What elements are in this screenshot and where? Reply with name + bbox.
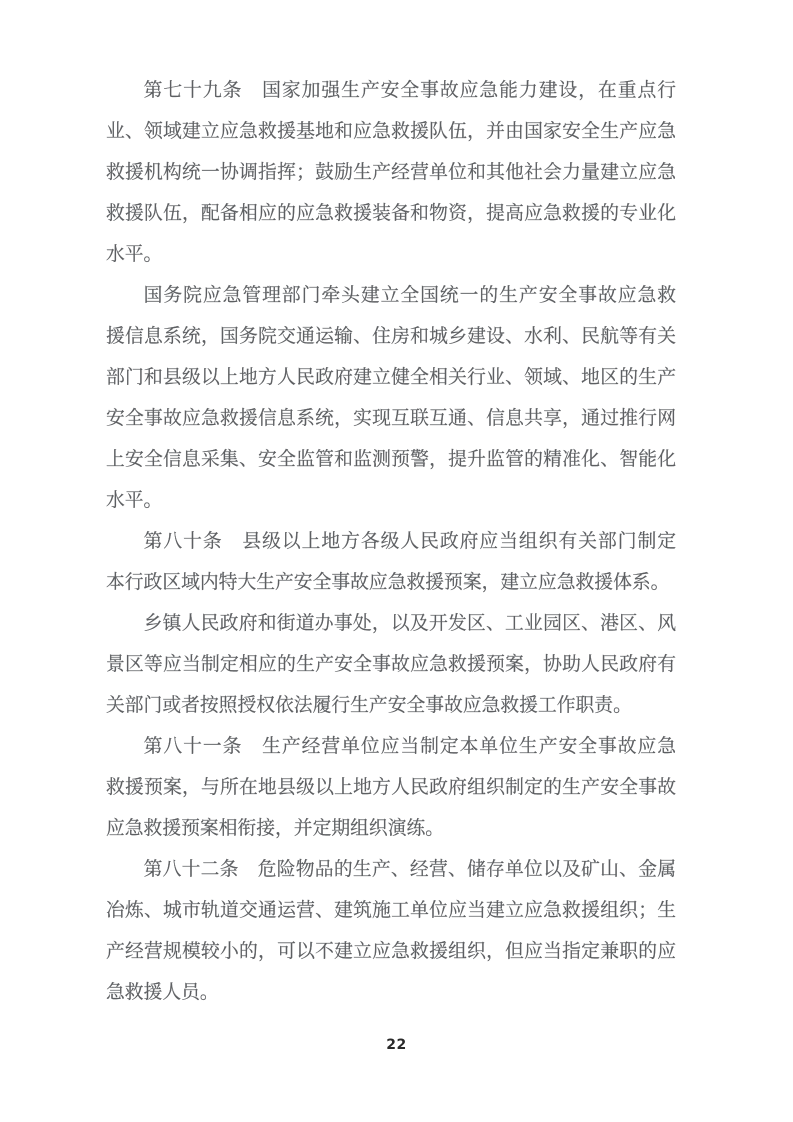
article-79-clause-1: 第七十九条 国家加强生产安全事故应急能力建设，在重点行业、领域建立应急救援基地和… <box>106 70 676 275</box>
document-page: 第七十九条 国家加强生产安全事故应急能力建设，在重点行业、领域建立应急救援基地和… <box>0 0 793 1122</box>
text-line: 第七十九条 国家加强生产安全事故应急能力建设，在重点行 <box>106 70 676 111</box>
text-line: 救援机构统一协调指挥；鼓励生产经营单位和其他社会力量建立应急 <box>106 152 676 193</box>
text-line: 第八十条 县级以上地方各级人民政府应当组织有关部门制定 <box>106 521 676 562</box>
text-line: 水平。 <box>106 480 676 521</box>
pdf-page-view: { "page": { "background": "#ffffff", "te… <box>0 0 793 1122</box>
text-line: 产经营规模较小的，可以不建立应急救援组织，但应当指定兼职的应 <box>106 931 676 972</box>
article-82: 第八十二条 危险物品的生产、经营、储存单位以及矿山、金属冶炼、城市轨道交通运营、… <box>106 849 676 1013</box>
text-line: 乡镇人民政府和街道办事处，以及开发区、工业园区、港区、风 <box>106 603 676 644</box>
article-81: 第八十一条 生产经营单位应当制定本单位生产安全事故应急救援预案，与所在地县级以上… <box>106 726 676 849</box>
text-line: 安全事故应急救援信息系统，实现互联互通、信息共享，通过推行网 <box>106 398 676 439</box>
text-line: 景区等应当制定相应的生产安全事故应急救援预案，协助人民政府有 <box>106 644 676 685</box>
text-line: 应急救援预案相衔接，并定期组织演练。 <box>106 808 676 849</box>
text-line: 援信息系统，国务院交通运输、住房和城乡建设、水利、民航等有关 <box>106 316 676 357</box>
text-line: 水平。 <box>106 234 676 275</box>
article-79-clause-2: 国务院应急管理部门牵头建立全国统一的生产安全事故应急救援信息系统，国务院交通运输… <box>106 275 676 521</box>
text-line: 本行政区域内特大生产安全事故应急救援预案，建立应急救援体系。 <box>106 562 676 603</box>
text-line: 业、领域建立应急救援基地和应急救援队伍，并由国家安全生产应急 <box>106 111 676 152</box>
article-80-clause-2: 乡镇人民政府和街道办事处，以及开发区、工业园区、港区、风景区等应当制定相应的生产… <box>106 603 676 726</box>
article-80-clause-1: 第八十条 县级以上地方各级人民政府应当组织有关部门制定本行政区域内特大生产安全事… <box>106 521 676 603</box>
text-line: 冶炼、城市轨道交通运营、建筑施工单位应当建立应急救援组织；生 <box>106 890 676 931</box>
text-line: 救援队伍，配备相应的应急救援装备和物资，提高应急救援的专业化 <box>106 193 676 234</box>
text-line: 部门和县级以上地方人民政府建立健全相关行业、领域、地区的生产 <box>106 357 676 398</box>
text-line: 第八十一条 生产经营单位应当制定本单位生产安全事故应急 <box>106 726 676 767</box>
text-line: 国务院应急管理部门牵头建立全国统一的生产安全事故应急救 <box>106 275 676 316</box>
page-number: 22 <box>386 1037 406 1053</box>
text-line: 第八十二条 危险物品的生产、经营、储存单位以及矿山、金属 <box>106 849 676 890</box>
text-line: 上安全信息采集、安全监管和监测预警，提升监管的精准化、智能化 <box>106 439 676 480</box>
page-footer: 22 <box>0 1036 793 1054</box>
text-line: 关部门或者按照授权依法履行生产安全事故应急救援工作职责。 <box>106 685 676 726</box>
text-line: 急救援人员。 <box>106 972 676 1013</box>
text-line: 救援预案，与所在地县级以上地方人民政府组织制定的生产安全事故 <box>106 767 676 808</box>
document-body: 第七十九条 国家加强生产安全事故应急能力建设，在重点行业、领域建立应急救援基地和… <box>106 70 676 1013</box>
